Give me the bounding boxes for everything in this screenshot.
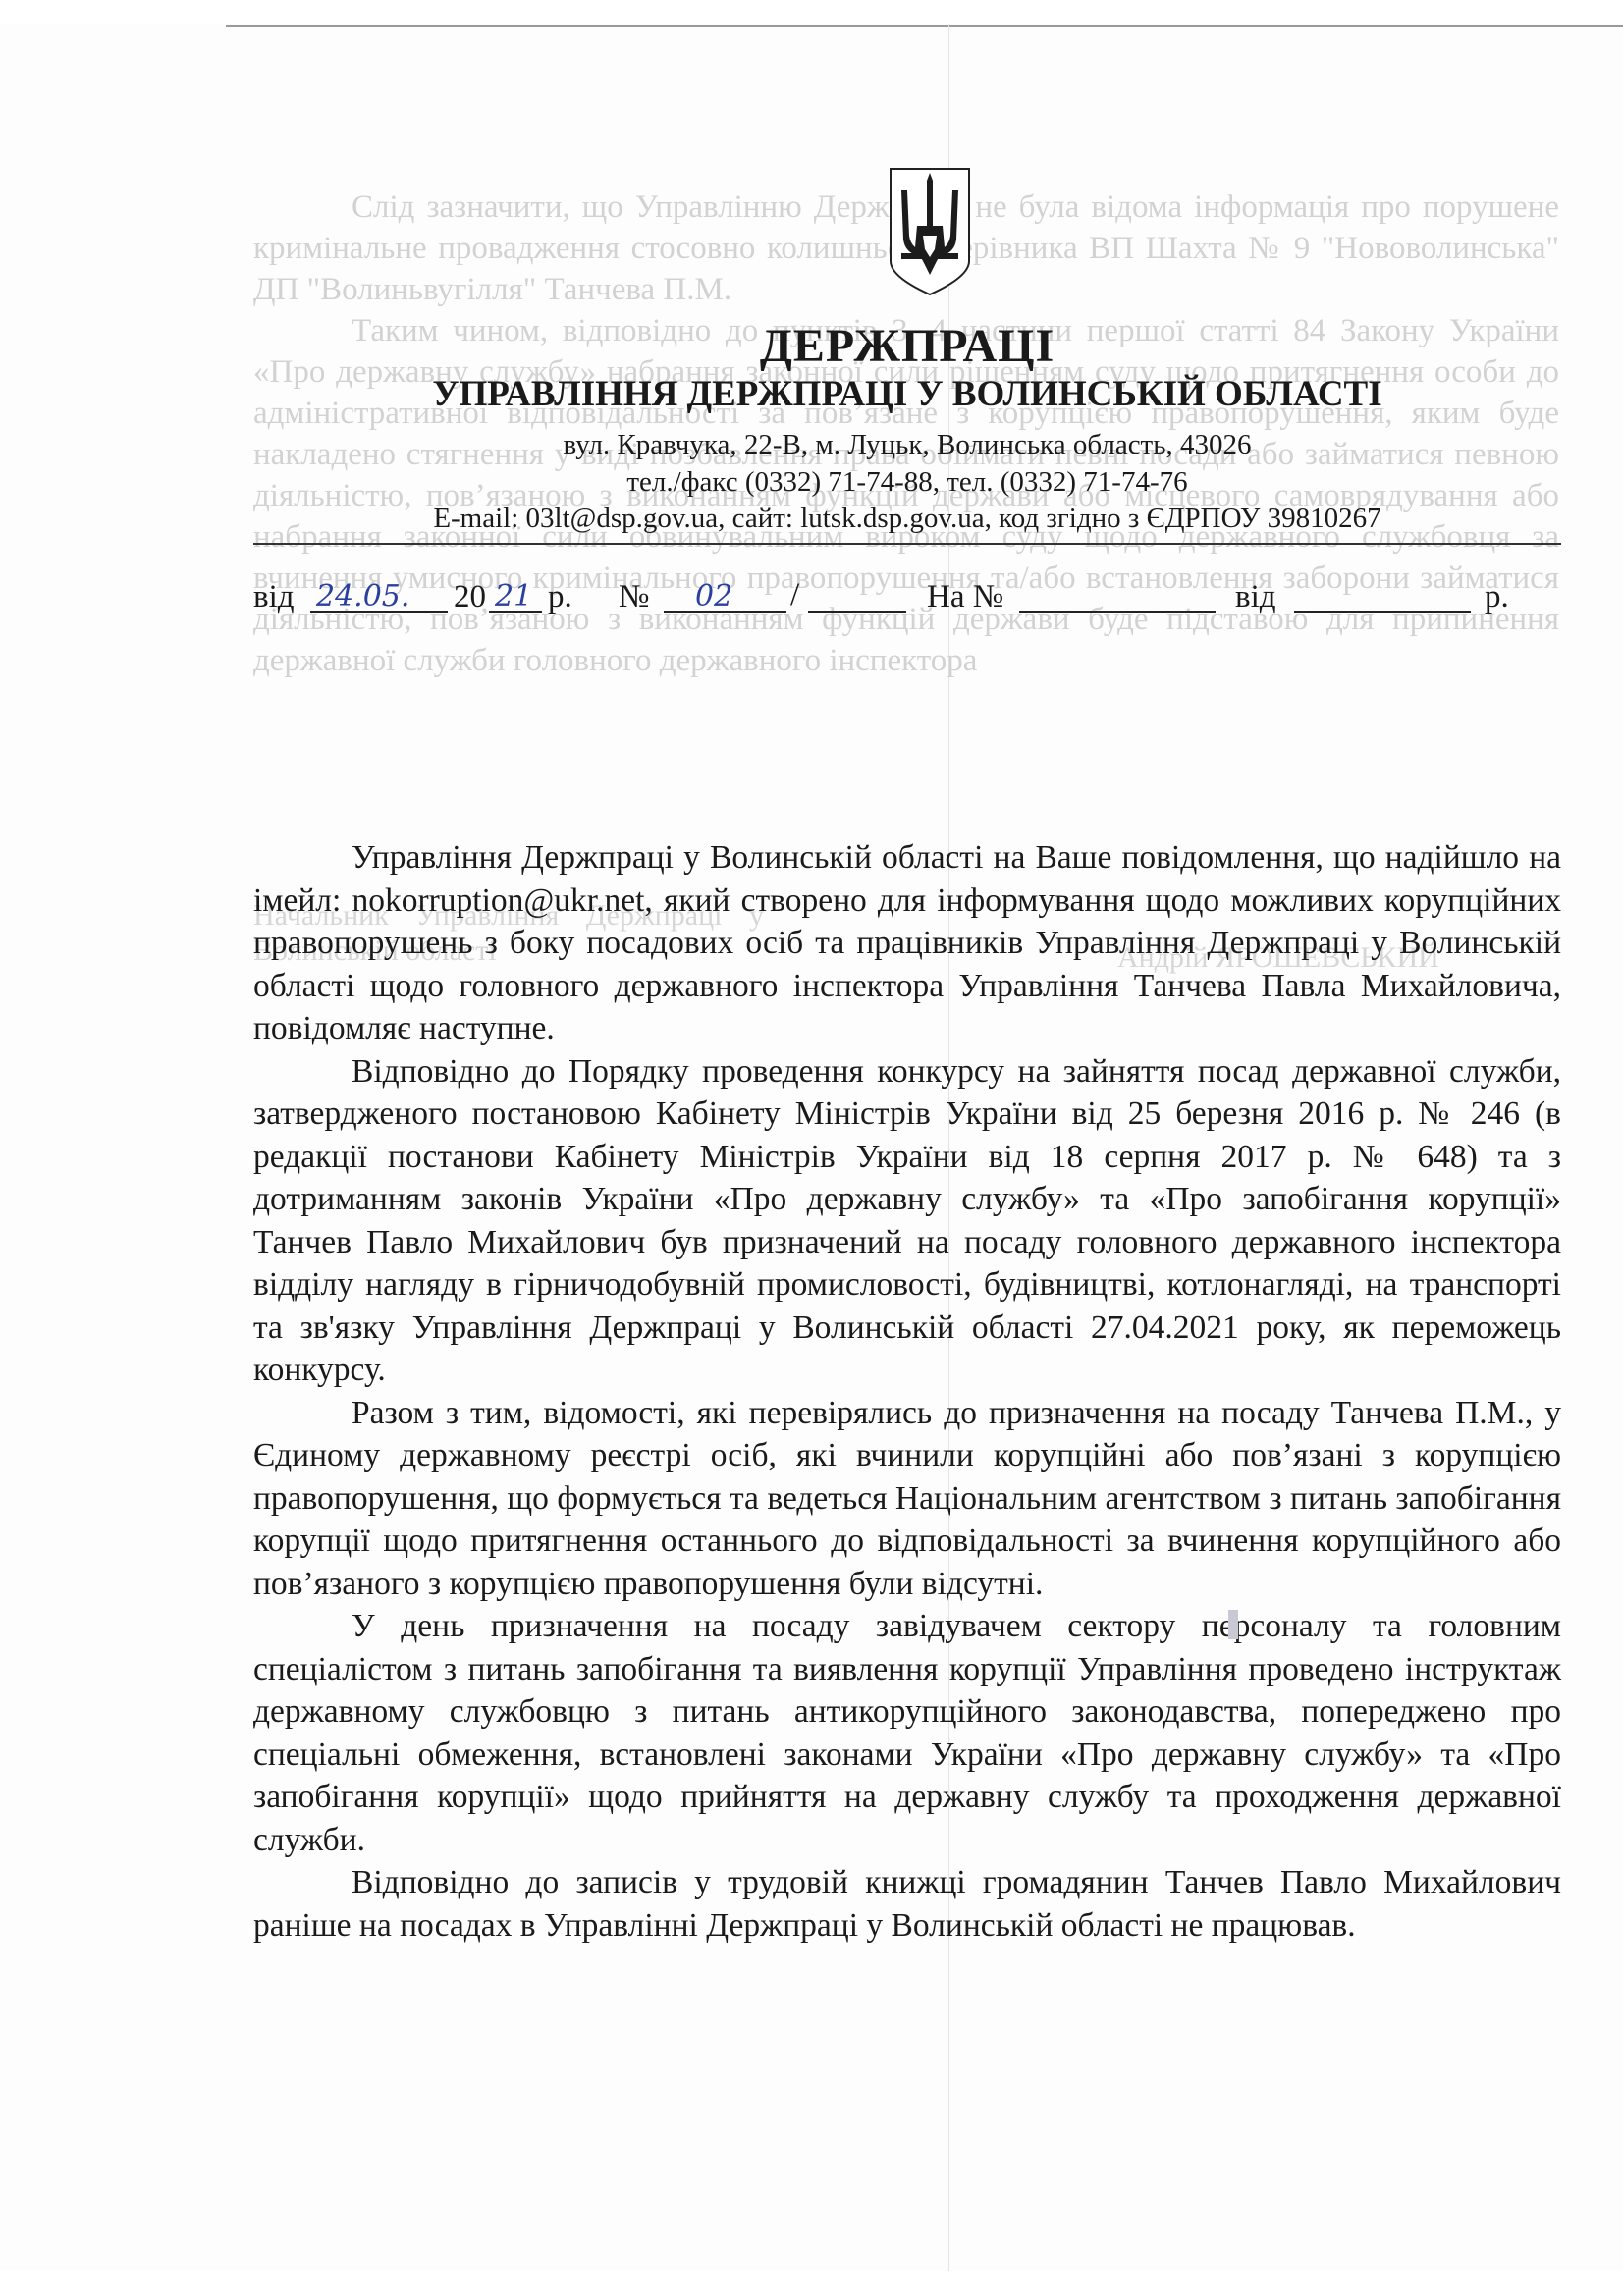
- year-handwritten: 21: [495, 579, 532, 614]
- year-suffix: р.: [548, 579, 572, 615]
- registration-line: від 24.05. 20 21 р. № 02 / На № від р.: [253, 579, 1569, 618]
- number-handwritten: 02: [695, 579, 732, 614]
- scan-edge-line: [226, 25, 1623, 27]
- coat-of-arms-trident-icon: [888, 167, 972, 296]
- scan-margin-bottom: [0, 2271, 1623, 2296]
- header-phones: тел./факс (0332) 71-74-88, тел. (0332) 7…: [253, 466, 1561, 499]
- date-handwritten: 24.05.: [316, 579, 409, 614]
- date-label: від: [253, 579, 295, 615]
- document-page: Слід зазначити, що Управлінню Держпраці …: [0, 0, 1623, 2296]
- header-divider: [253, 543, 1561, 545]
- reply-date-label: від: [1235, 579, 1276, 615]
- reply-date-blank: [1294, 611, 1471, 613]
- body-paragraph: У день призначення на посаду завідувачем…: [253, 1605, 1561, 1861]
- year-prefix: 20: [454, 579, 486, 615]
- scan-artifact-mark: [1228, 1610, 1238, 1639]
- body-paragraph: Відповідно до записів у трудовій книжці …: [253, 1861, 1561, 1947]
- org-title: ДЕРЖПРАЦІ: [253, 319, 1561, 373]
- reply-number-label: На №: [927, 579, 1003, 615]
- number-suffix-blank: [808, 611, 906, 613]
- reply-number-blank: [1019, 611, 1216, 613]
- scan-margin-top: [0, 0, 1623, 24]
- body-paragraph: Управління Держпраці у Волинській област…: [253, 836, 1561, 1050]
- header-contacts: E-mail: 03lt@dsp.gov.ua, сайт: lutsk.dsp…: [253, 503, 1561, 535]
- dept-title: УПРАВЛІННЯ ДЕРЖПРАЦІ У ВОЛИНСЬКІЙ ОБЛАСТ…: [253, 373, 1561, 415]
- header-address: вул. Кравчука, 22-В, м. Луцьк, Волинська…: [253, 429, 1561, 461]
- letter-body: Управління Держпраці у Волинській област…: [253, 836, 1561, 1947]
- reply-year-suffix: р.: [1485, 579, 1509, 615]
- number-slash: /: [790, 577, 799, 614]
- number-label: №: [619, 579, 650, 615]
- body-paragraph: Разом з тим, відомості, які перевірялись…: [253, 1392, 1561, 1606]
- body-paragraph: Відповідно до Порядку проведення конкурс…: [253, 1050, 1561, 1392]
